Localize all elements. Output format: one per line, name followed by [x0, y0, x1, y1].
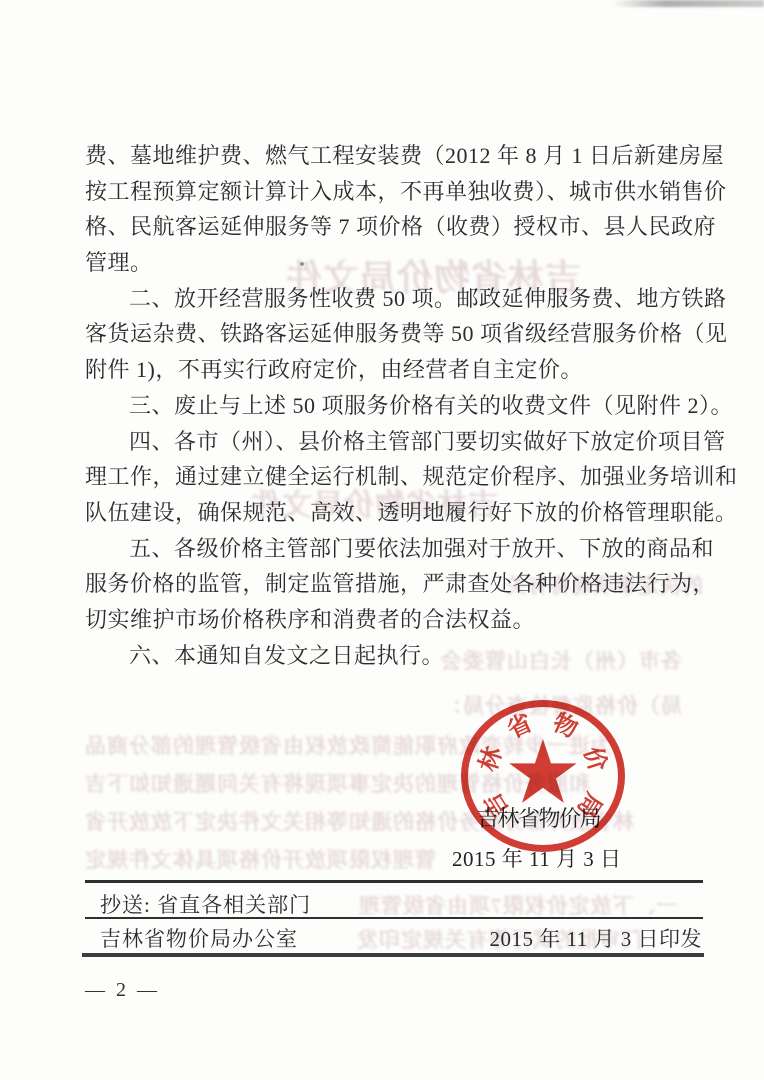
- body-line: 四、各市（州）、县价格主管部门要切实做好下放定价项目管: [85, 424, 706, 460]
- footer-divider-bottom: [82, 953, 704, 957]
- scanned-document-page: 吉林省物价局文件吉林省物价局文件的决定事项现将有关各市（州）长白山管委会局）价格…: [0, 0, 764, 1080]
- document-body-text: 费、墓地维护费、燃气工程安装费（2012 年 8 月 1 日后新建房屋按工程预算…: [85, 138, 706, 673]
- body-line: 五、各级价格主管部门要依法加强对于放开、下放的商品和: [85, 531, 706, 567]
- footer-divider-top: [85, 880, 703, 883]
- body-line: 服务价格的监管，制定监管措施，严肃查处各种价格违法行为，: [85, 566, 706, 602]
- issuing-office: 吉林省物价局办公室: [100, 923, 298, 953]
- body-line: 按工程预算定额计算计入成本，不再单独收费）、城市供水销售价: [85, 174, 706, 210]
- body-line: 管理。: [85, 245, 706, 281]
- body-line: 费、墓地维护费、燃气工程安装费（2012 年 8 月 1 日后新建房屋: [85, 138, 706, 174]
- page-number: — 2 —: [85, 979, 160, 1002]
- official-seal: ★ 吉林省物价局: [461, 700, 625, 852]
- ghost-text: 管理权限项放开价格项具体文件规定: [84, 844, 436, 874]
- footer-divider-middle: [85, 917, 703, 919]
- body-line: 三、废止与上述 50 项服务价格有关的收费文件（见附件 2）。: [85, 388, 706, 424]
- body-line: 客货运杂费、铁路客运延伸服务费等 50 项省级经营服务价格（见: [85, 316, 706, 352]
- body-line: 六、本通知自发文之日起执行。: [85, 638, 706, 674]
- print-date: 2015 年 11 月 3 日印发: [490, 923, 702, 953]
- body-line: 附件 1)，不再实行政府定价，由经营者自主定价。: [85, 352, 706, 388]
- body-line: 切实维护市场价格秩序和消费者的合法权益。: [85, 602, 706, 638]
- body-line: 二、放开经营服务性收费 50 项。邮政延伸服务费、地方铁路: [85, 281, 706, 317]
- body-line: 队伍建设，确保规范、高效、透明地履行好下放的价格管理职能。: [85, 495, 706, 531]
- scan-smudge: [612, 0, 764, 7]
- cc-line: 抄送: 省直各相关部门: [100, 889, 311, 919]
- ghost-text: 一、下放定价权限7项由省级管理: [358, 890, 678, 920]
- body-line: 格、民航客运延伸服务等 7 项价格（收费）授权市、县人民政府: [85, 209, 706, 245]
- body-line: 理工作，通过建立健全运行机制、规范定价程序、加强业务培训和: [85, 459, 706, 495]
